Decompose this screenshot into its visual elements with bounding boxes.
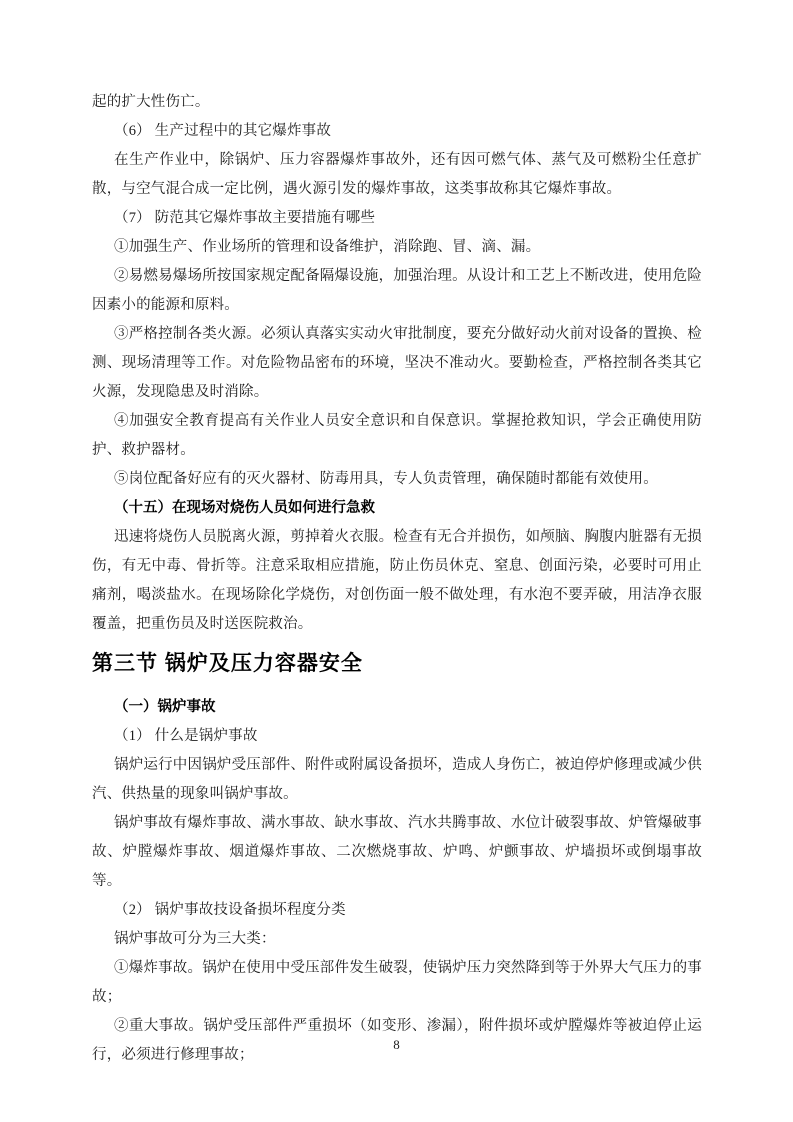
- list-item-7-heading: （7） 防范其它爆炸事故主要措施有哪些: [92, 204, 702, 233]
- list-item-1-heading: （1） 什么是锅炉事故: [92, 722, 702, 751]
- category-item-1-explosion: ①爆炸事故。锅炉在使用中受压部件发生破裂，使锅炉压力突然降到等于外界大气压力的事…: [92, 954, 702, 1012]
- paragraph-burn-first-aid: 迅速将烧伤人员脱离火源，剪掉着火衣服。检查有无合并损伤，如颅脑、胸腹内脏器有无损…: [92, 523, 702, 639]
- document-body: 起的扩大性伤亡。 （6） 生产过程中的其它爆炸事故 在生产作业中，除锅炉、压力容…: [92, 88, 702, 1070]
- page-number: 8: [0, 1036, 793, 1054]
- paragraph-continuation: 起的扩大性伤亡。: [92, 88, 702, 117]
- section-heading-boiler-pressure-vessel-safety: 第三节 锅炉及压力容器安全: [92, 648, 702, 680]
- paragraph-three-categories-intro: 锅炉事故可分为三大类：: [92, 925, 702, 954]
- subheading-burn-first-aid: （十五）在现场对烧伤人员如何进行急救: [92, 494, 702, 523]
- measure-item-3: ③严格控制各类火源。必须认真落实实动火审批制度，要充分做好动火前对设备的置换、检…: [92, 320, 702, 407]
- document-page: 起的扩大性伤亡。 （6） 生产过程中的其它爆炸事故 在生产作业中，除锅炉、压力容…: [0, 0, 793, 1122]
- measure-item-1: ①加强生产、作业场所的管理和设备维护，消除跑、冒、滴、漏。: [92, 233, 702, 262]
- paragraph-boiler-accident-definition: 锅炉运行中因锅炉受压部件、附件或附属设备损坏，造成人身伤亡，被迫停炉修理或减少供…: [92, 751, 702, 809]
- subheading-boiler-accidents: （一）锅炉事故: [92, 693, 702, 722]
- list-item-6-heading: （6） 生产过程中的其它爆炸事故: [92, 117, 702, 146]
- paragraph-other-explosions: 在生产作业中，除锅炉、压力容器爆炸事故外，还有因可燃气体、蒸气及可燃粉尘任意扩散…: [92, 146, 702, 204]
- list-item-2-heading: （2） 锅炉事故技设备损坏程度分类: [92, 896, 702, 925]
- paragraph-boiler-accident-types: 锅炉事故有爆炸事故、满水事故、缺水事故、汽水共腾事故、水位计破裂事故、炉管爆破事…: [92, 809, 702, 896]
- measure-item-4: ④加强安全教育提高有关作业人员安全意识和自保意识。掌握抢救知识，学会正确使用防护…: [92, 407, 702, 465]
- measure-item-2: ②易燃易爆场所按国家规定配备隔爆设施，加强治理。从设计和工艺上不断改进，使用危险…: [92, 262, 702, 320]
- measure-item-5: ⑤岗位配备好应有的灭火器材、防毒用具，专人负责管理，确保随时都能有效使用。: [92, 465, 702, 494]
